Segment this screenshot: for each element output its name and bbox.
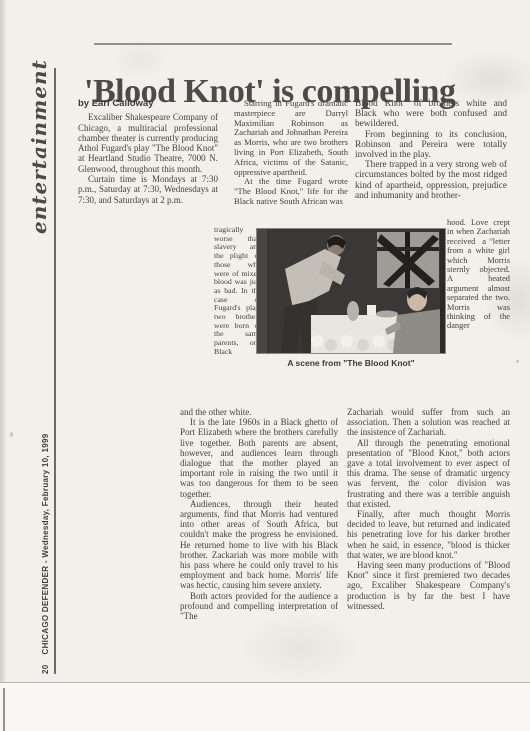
- stage-photo-illustration: [256, 228, 446, 354]
- paragraph-continuation: Zachariah would suffer from such an asso…: [347, 407, 510, 438]
- photo-caption: A scene from "The Blood Knot": [256, 358, 446, 368]
- paragraph: Audiences, through their heated argument…: [180, 499, 338, 591]
- paragraph: Both actors provided for the audience a …: [180, 591, 338, 622]
- article-column-2: Starring in Fugard's dramatic masterpiec…: [234, 99, 348, 207]
- window-shape: [377, 232, 439, 288]
- paragraph: From beginning to its conclusion, Robins…: [355, 130, 507, 161]
- bottom-column-right: Zachariah would suffer from such an asso…: [347, 407, 510, 611]
- wrap-column-left: tragically worse than slavery and the pl…: [214, 226, 261, 406]
- section-label-entertainment: entertainment: [27, 62, 51, 234]
- scan-speck: [489, 238, 493, 241]
- paragraph: Finally, after much thought Morris decid…: [347, 509, 510, 560]
- paragraph: At the time Fugard wrote "The Blood Knot…: [234, 177, 348, 206]
- paragraph: There trapped in a very strong web of ci…: [355, 160, 507, 201]
- newspaper-scan: entertainment 20CHICAGO DEFENDER - Wedne…: [0, 0, 530, 731]
- sidebar-rule: [54, 68, 56, 674]
- article-column-1: by Earl Calloway Excaliber Shakespeare C…: [78, 99, 218, 205]
- paragraph: Having seen many productions of "Blood K…: [347, 560, 510, 611]
- paragraph: Curtain time is Mondays at 7:30 p.m., Sa…: [78, 174, 218, 205]
- scan-speck: [10, 432, 13, 437]
- paragraph: It is the late 1960s in a Black ghetto o…: [180, 417, 338, 499]
- paragraph-continuation: Blood Knot" of brothers white and Black …: [355, 99, 507, 130]
- paragraph: Excaliber Shakespeare Company of Chicago…: [78, 112, 218, 174]
- masthead-text: CHICAGO DEFENDER - Wednesday, February 1…: [41, 434, 50, 655]
- backing-paper-strip: [0, 682, 530, 731]
- paper-edge-line: [3, 688, 5, 731]
- byline: by Earl Calloway: [78, 99, 218, 109]
- page-number: 20: [41, 665, 50, 675]
- headline-rule: [94, 43, 452, 45]
- wrap-column-right: hood. Love crept in when Zachariah recei…: [447, 218, 510, 406]
- paragraph: All through the penetrating emotional pr…: [347, 438, 510, 509]
- photo-figure: A scene from "The Blood Knot": [256, 228, 446, 368]
- article-column-3: Blood Knot" of brothers white and Black …: [355, 99, 507, 201]
- paragraph-continuation: and the other white.: [180, 407, 338, 417]
- bottom-column-left: and the other white. It is the late 1960…: [180, 407, 338, 621]
- masthead: 20CHICAGO DEFENDER - Wednesday, February…: [41, 444, 53, 674]
- scan-speck: [516, 360, 519, 363]
- paragraph: Starring in Fugard's dramatic masterpiec…: [234, 99, 348, 177]
